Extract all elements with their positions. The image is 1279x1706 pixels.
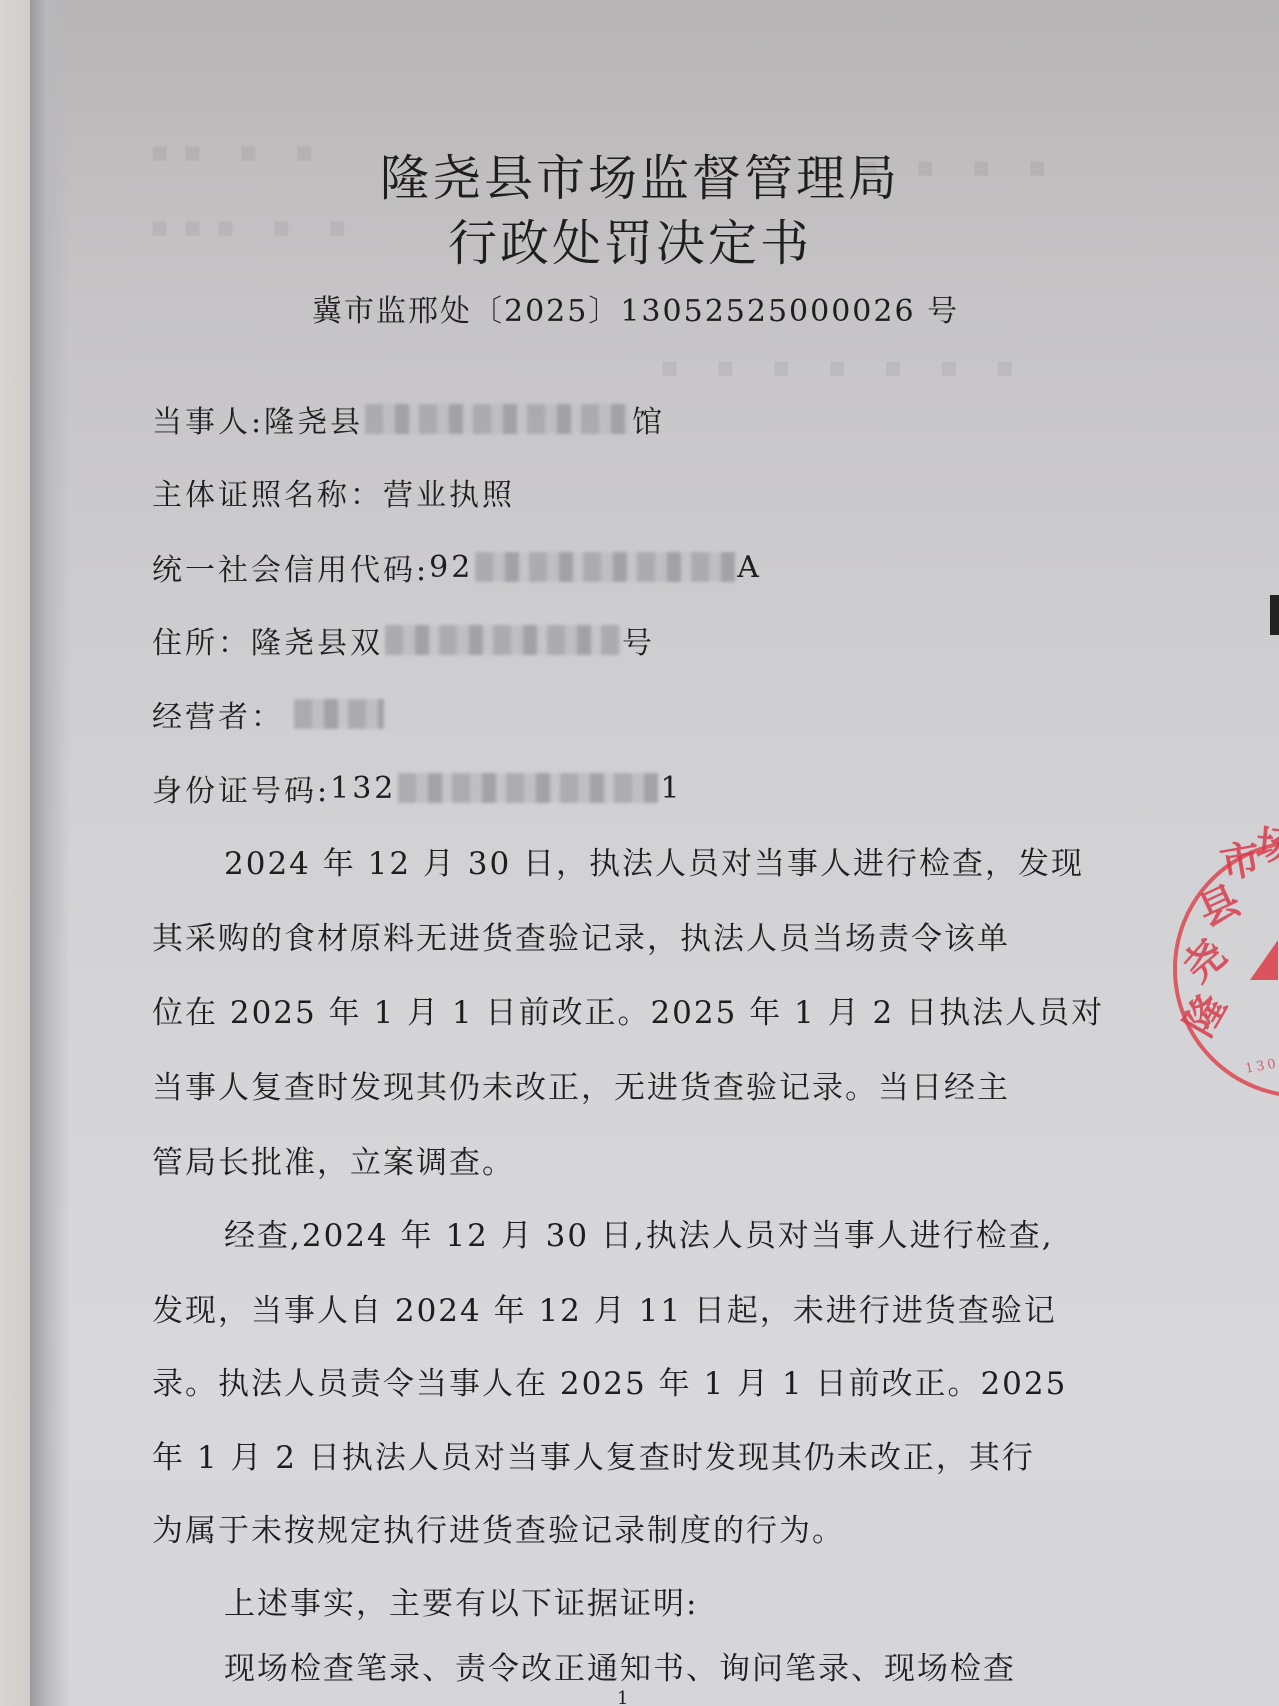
document-number: 冀市监邢处〔2025〕13052525000026 号 bbox=[312, 286, 959, 330]
redacted-block bbox=[475, 552, 735, 582]
field-label: 主体证照名称： bbox=[152, 470, 383, 514]
field-value-suffix: A bbox=[737, 550, 762, 585]
field-value-suffix: 馆 bbox=[632, 397, 665, 441]
redacted-block bbox=[365, 404, 630, 434]
right-edge-mark bbox=[1270, 595, 1279, 635]
evidence-list-line: 现场检查笔录、责令改正通知书、询问笔录、现场检查 bbox=[152, 1643, 1154, 1688]
paragraph-line: 管局长批准，立案调查。 bbox=[152, 1137, 1082, 1182]
paragraph-line: 录。执法人员责令当事人在 2025 年 1 月 1 日前改正。2025 bbox=[152, 1358, 1082, 1403]
paragraph-line: 年 1 月 2 日执法人员对当事人复查时发现其仍未改正，其行 bbox=[152, 1432, 1082, 1477]
paragraph-line: 发现，当事人自 2024 年 12 月 11 日起，未进行进货查验记 bbox=[152, 1285, 1082, 1330]
field-license-name: 主体证照名称： 营业执照 bbox=[152, 470, 515, 514]
field-value-suffix: 1 bbox=[660, 771, 682, 806]
paragraph-line: 位在 2025 年 1 月 1 日前改正。2025 年 1 月 2 日执法人员对 bbox=[152, 987, 1082, 1032]
field-value-prefix: 132 bbox=[330, 771, 396, 806]
paragraph-line: 为属于未按规定执行进货查验记录制度的行为。 bbox=[152, 1505, 1082, 1550]
redacted-block bbox=[294, 699, 384, 729]
redacted-block bbox=[385, 625, 620, 655]
field-label: 当事人: bbox=[152, 397, 264, 441]
bleed-through-text: ▪ ▪ ▪ ▪ ▪ ▪ ▪ bbox=[660, 350, 1028, 383]
field-label: 住所： bbox=[152, 618, 251, 662]
page-binding-shadow bbox=[30, 0, 70, 1706]
paragraph-line: 其采购的食材原料无进货查验记录，执法人员当场责令该单 bbox=[152, 913, 1082, 958]
field-label: 经营者： bbox=[152, 692, 284, 736]
field-id-number: 身份证号码: 132 1 bbox=[152, 766, 682, 810]
field-credit-code: 统一社会信用代码: 92 A bbox=[152, 545, 762, 589]
field-value: 营业执照 bbox=[383, 470, 515, 514]
bleed-through-text: ▪▪ ▪ ▪ bbox=[150, 135, 328, 168]
field-label: 身份证号码: bbox=[152, 766, 330, 810]
paragraph-line: 当事人复查时发现其仍未改正，无进货查验记录。当日经主 bbox=[152, 1062, 1082, 1107]
paragraph-line: 2024 年 12 月 30 日，执法人员对当事人进行检查，发现 bbox=[152, 838, 1154, 883]
field-address: 住所： 隆尧县双 号 bbox=[152, 618, 655, 662]
paragraph-line: 经查,2024 年 12 月 30 日,执法人员对当事人进行检查, bbox=[152, 1210, 1154, 1255]
redacted-block bbox=[398, 773, 658, 803]
field-party: 当事人: 隆尧县 馆 bbox=[152, 397, 665, 441]
field-operator: 经营者： bbox=[152, 692, 386, 736]
adjacent-page-edge bbox=[0, 0, 34, 1706]
bleed-through-text: ▪▪▪ ▪ ▪ bbox=[150, 210, 361, 243]
field-value-prefix: 92 bbox=[429, 550, 473, 585]
document-type-title: 行政处罚决定书 bbox=[448, 205, 812, 275]
field-value-suffix: 号 bbox=[622, 618, 655, 662]
field-value-prefix: 隆尧县 bbox=[264, 397, 363, 441]
field-value-prefix: 隆尧县双 bbox=[251, 618, 383, 662]
seal-char: 场 bbox=[1254, 813, 1279, 873]
page-number: 1 bbox=[617, 1688, 628, 1706]
seal-star-icon bbox=[1250, 940, 1278, 980]
agency-title: 隆尧县市场监督管理局 bbox=[380, 140, 900, 210]
evidence-intro: 上述事实，主要有以下证据证明: bbox=[152, 1578, 1154, 1623]
field-label: 统一社会信用代码: bbox=[152, 545, 429, 589]
